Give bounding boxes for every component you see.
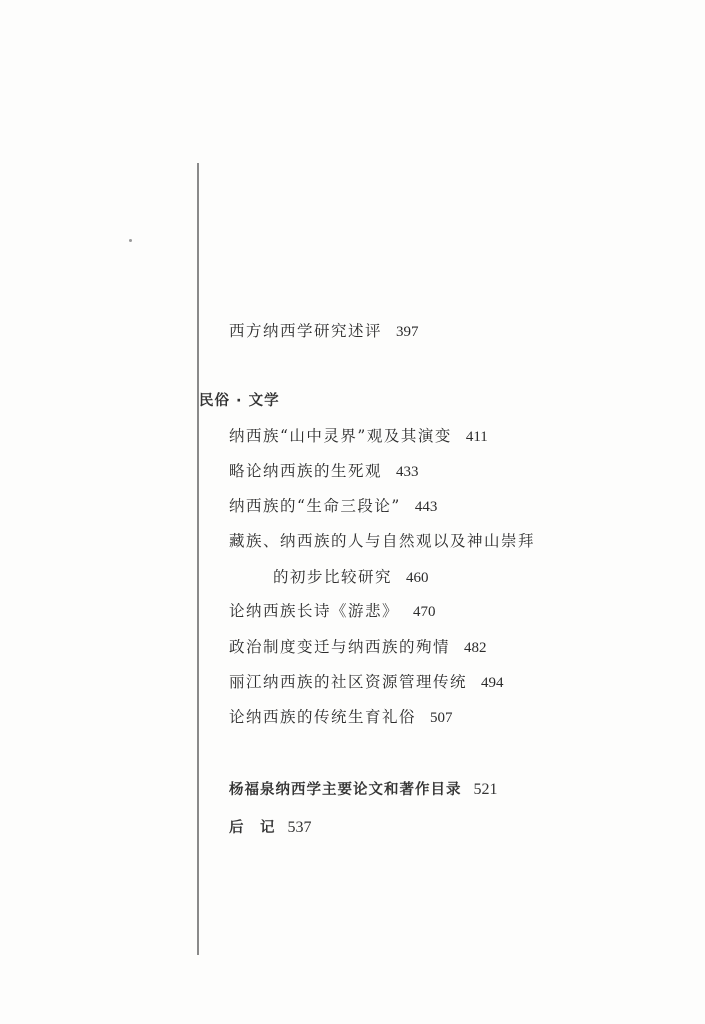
toc-entry: 论纳西族的传统生育礼俗507 (229, 707, 453, 728)
toc-entry-page: 470 (413, 604, 436, 620)
toc-entry-page: 411 (466, 429, 488, 445)
toc-entry-title: 政治制度变迁与纳西族的殉情 (229, 638, 450, 656)
toc-appendix: 杨福泉纳西学主要论文和著作目录521 (229, 780, 498, 800)
scan-speck (129, 239, 132, 242)
toc-entry-page: 460 (406, 570, 429, 586)
toc-entry: 论纳西族长诗《游悲》470 (229, 601, 436, 622)
toc-entry-page: 443 (415, 499, 438, 515)
section-heading: 民俗 · 文学 (199, 391, 280, 411)
toc-entry: 略论纳西族的生死观433 (229, 461, 419, 482)
toc-entry: 西方纳西学研究述评397 (229, 321, 419, 342)
toc-entry-title: 论纳西族长诗《游悲》 (229, 602, 399, 620)
toc-entry-title: 论纳西族的传统生育礼俗 (229, 708, 416, 726)
toc-entry-page: 537 (288, 819, 312, 836)
toc-entry-continuation: 的初步比较研究460 (273, 567, 429, 588)
toc-entry-title: 杨福泉纳西学主要论文和著作目录 (229, 782, 462, 798)
toc-afterword: 后 记537 (229, 818, 312, 838)
toc-entry-title: 藏族、纳西族的人与自然观以及神山崇拜 (229, 532, 535, 550)
toc-entry-page: 397 (396, 324, 419, 340)
toc-entry: 纳西族“山中灵界”观及其演变411 (229, 426, 488, 447)
toc-entry-title: 略论纳西族的生死观 (229, 462, 382, 480)
toc-entry-page: 482 (464, 640, 487, 656)
toc-entry-page: 507 (430, 710, 453, 726)
toc-entry-title: 纳西族的“生命三段论” (229, 497, 401, 515)
toc-entry: 丽江纳西族的社区资源管理传统494 (229, 672, 504, 693)
toc-entry-title: 丽江纳西族的社区资源管理传统 (229, 673, 467, 691)
toc-entry-title: 的初步比较研究 (273, 568, 392, 586)
toc-entry-title: 后 记 (229, 820, 276, 836)
toc-entry-page: 521 (474, 781, 498, 798)
toc-entry-title: 西方纳西学研究述评 (229, 322, 382, 340)
toc-entry-page: 494 (481, 675, 504, 691)
toc-entry-title: 纳西族“山中灵界”观及其演变 (229, 427, 452, 445)
margin-rule (197, 163, 199, 955)
toc-entry: 藏族、纳西族的人与自然观以及神山崇拜 (229, 531, 535, 551)
toc-entry: 政治制度变迁与纳西族的殉情482 (229, 637, 487, 658)
toc-entry-page: 433 (396, 464, 419, 480)
toc-entry: 纳西族的“生命三段论”443 (229, 496, 437, 517)
